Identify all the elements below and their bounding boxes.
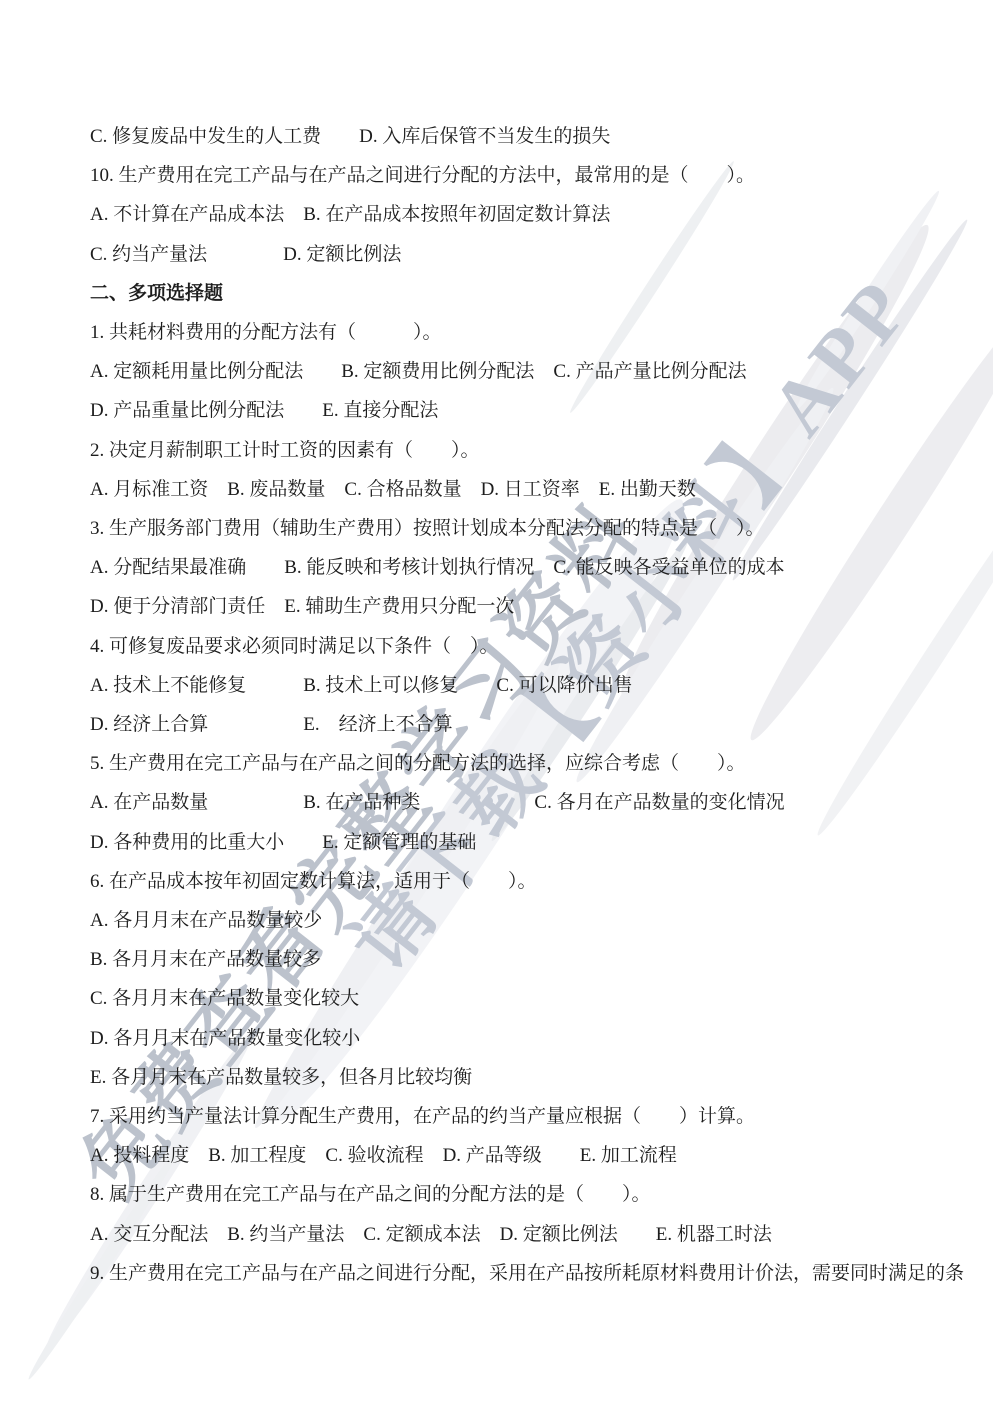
option-line: D. 产品重量比例分配法 E. 直接分配法 [90,391,993,430]
question-line: 6. 在产品成本按年初固定数计算法，适用于（ ）。 [90,862,993,901]
section-heading: 二、多项选择题 [90,274,993,313]
option-line: C. 约当产量法 D. 定额比例法 [90,235,993,274]
option-line: D. 各月月末在产品数量变化较小 [90,1019,993,1058]
option-line: D. 便于分清部门责任 E. 辅助生产费用只分配一次 [90,587,993,626]
question-line: 10. 生产费用在完工产品与在产品之间进行分配的方法中，最常用的是（ ）。 [90,156,993,195]
document-page: 免费查看完整学习资料 请下载【资小料】APP C. 修复废品中发生的人工费 D.… [0,0,993,1404]
option-line: A. 不计算在产品成本法 B. 在产品成本按照年初固定数计算法 [90,195,993,234]
question-line: 1. 共耗材料费用的分配方法有（ ）。 [90,313,993,352]
question-line: 3. 生产服务部门费用（辅助生产费用）按照计划成本分配法分配的特点是（ ）。 [90,509,993,548]
option-line: A. 在产品数量 B. 在产品种类 C. 各月在产品数量的变化情况 [90,783,993,822]
option-line: A. 技术上不能修复 B. 技术上可以修复 C. 可以降价出售 [90,666,993,705]
option-line: D. 经济上合算 E. 经济上不合算 [90,705,993,744]
question-line: 9. 生产费用在完工产品与在产品之间进行分配，采用在产品按所耗原材料费用计价法，… [90,1254,993,1293]
option-line: A. 月标准工资 B. 废品数量 C. 合格品数量 D. 日工资率 E. 出勤天… [90,470,993,509]
option-line: A. 分配结果最准确 B. 能反映和考核计划执行情况 C. 能反映各受益单位的成… [90,548,993,587]
question-line: 2. 决定月薪制职工计时工资的因素有（ ）。 [90,431,993,470]
question-line: 7. 采用约当产量法计算分配生产费用，在产品的约当产量应根据（ ）计算。 [90,1097,993,1136]
question-line: 5. 生产费用在完工产品与在产品之间的分配方法的选择，应综合考虑（ ）。 [90,744,993,783]
question-line: 8. 属于生产费用在完工产品与在产品之间的分配方法的是（ ）。 [90,1175,993,1214]
option-line: A. 各月月末在产品数量较少 [90,901,993,940]
option-line: B. 各月月末在产品数量较多 [90,940,993,979]
option-line: A. 投料程度 B. 加工程度 C. 验收流程 D. 产品等级 E. 加工流程 [90,1136,993,1175]
question-text-block: C. 修复废品中发生的人工费 D. 入库后保管不当发生的损失 10. 生产费用在… [0,0,993,1293]
option-line: A. 交互分配法 B. 约当产量法 C. 定额成本法 D. 定额比例法 E. 机… [90,1215,993,1254]
option-line: D. 各种费用的比重大小 E. 定额管理的基础 [90,823,993,862]
option-line: A. 定额耗用量比例分配法 B. 定额费用比例分配法 C. 产品产量比例分配法 [90,352,993,391]
option-line: C. 修复废品中发生的人工费 D. 入库后保管不当发生的损失 [90,117,993,156]
question-line: 4. 可修复废品要求必须同时满足以下条件（ ）。 [90,627,993,666]
option-line: C. 各月月末在产品数量变化较大 [90,979,993,1018]
option-line: E. 各月月末在产品数量较多，但各月比较均衡 [90,1058,993,1097]
